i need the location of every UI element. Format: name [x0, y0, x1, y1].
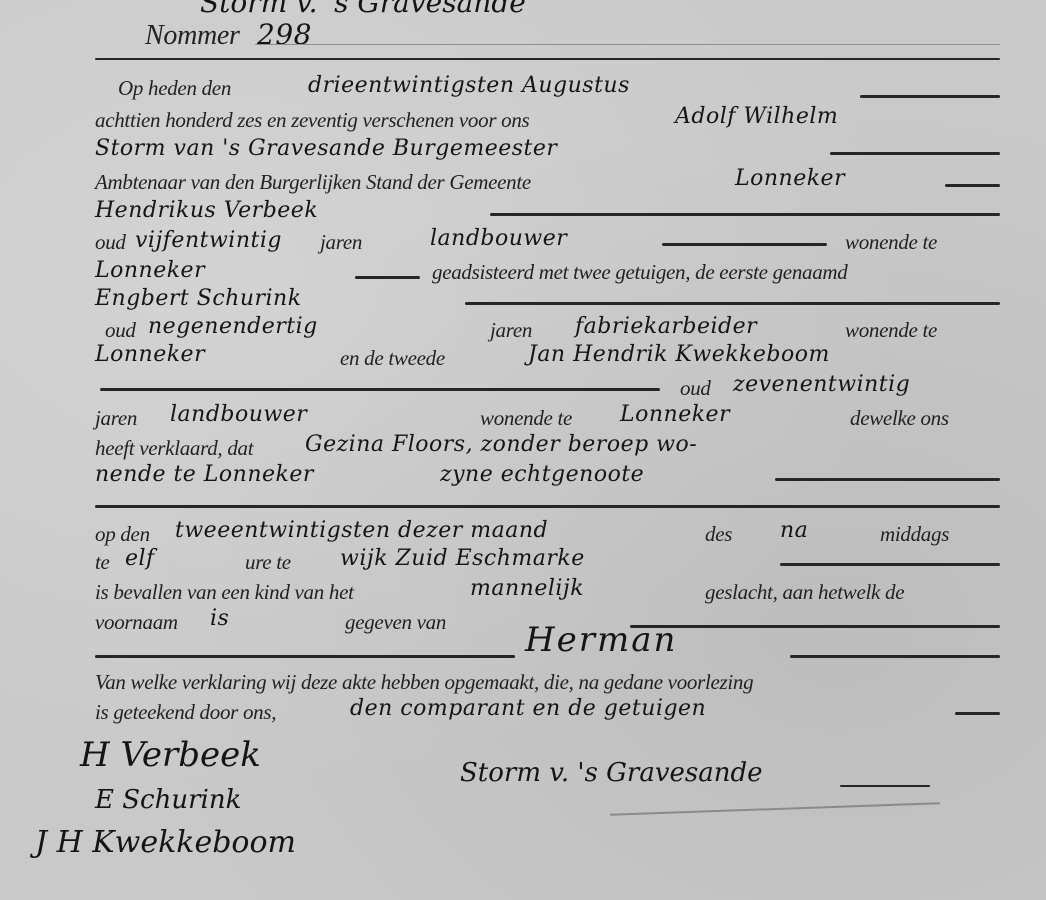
signing-parties: den comparant en de getuigen: [350, 696, 706, 721]
child-sex: mannelijk: [470, 576, 584, 601]
printed-text: wonende te: [480, 406, 572, 431]
record-label: Nommer: [145, 20, 240, 52]
filler-line: [490, 213, 1000, 216]
mother-residence: nende te Lonneker: [95, 462, 314, 487]
record-number: 298: [257, 18, 312, 51]
time-of-day: na: [780, 518, 808, 543]
handwritten-date: drieentwintigsten Augustus: [308, 73, 630, 98]
filler-line: [100, 388, 660, 391]
witness-1-residence: Lonneker: [95, 342, 205, 367]
printed-text: Van welke verklaring wij deze akte hebbe…: [95, 670, 753, 695]
witness-1-age: negenendertig: [148, 314, 318, 339]
filler-line: [780, 563, 1000, 566]
printed-text: oud: [680, 376, 711, 401]
declarant-occupation: landbouwer: [430, 226, 567, 251]
printed-text: ure te: [245, 550, 291, 575]
declarant-residence: Lonneker: [95, 258, 205, 283]
printed-text: gegeven van: [345, 610, 446, 635]
declarant-age: vijfentwintig: [135, 228, 282, 253]
witness-2-signature: J H Kwekkeboom: [35, 825, 296, 860]
filler-line: [790, 655, 1000, 658]
filler-line: [95, 655, 515, 658]
printed-text: is bevallen van een kind van het: [95, 580, 354, 605]
printed-text: jaren: [95, 406, 137, 431]
printed-text: voornaam: [95, 610, 178, 635]
filler-line: [465, 302, 1000, 305]
relationship: zyne echtgenoote: [440, 462, 644, 487]
printed-text: geslacht, aan hetwelk de: [705, 580, 904, 605]
witness-2-occupation: landbouwer: [170, 402, 307, 427]
witness-2-residence: Lonneker: [620, 402, 730, 427]
printed-text: heeft verklaard, dat: [95, 436, 253, 461]
birth-hour: elf: [125, 546, 155, 571]
flourish: [610, 802, 940, 816]
witness-2-age: zevenentwintig: [733, 372, 910, 397]
flourish: [840, 785, 930, 787]
witness-1-signature: E Schurink: [95, 785, 241, 815]
filler-line: [860, 95, 1000, 98]
printed-text: middags: [880, 522, 949, 547]
rule: [255, 44, 1000, 45]
printed-text: en de tweede: [340, 346, 445, 371]
child-given-name: Herman: [525, 620, 677, 660]
filler-line: [95, 505, 1000, 508]
printed-text: is geteekend door ons,: [95, 700, 276, 725]
declarant-signature: H Verbeek: [80, 735, 261, 775]
filler-line: [830, 152, 1000, 155]
printed-text: wonende te: [845, 318, 937, 343]
declarant-name: Hendrikus Verbeek: [95, 198, 318, 223]
printed-text: achttien honderd zes en zeventig versche…: [95, 108, 529, 133]
printed-text: wonende te: [845, 230, 937, 255]
printed-text: op den: [95, 522, 150, 547]
filler-line: [662, 243, 827, 246]
filler-line: [955, 712, 1000, 715]
filler-line: [775, 478, 1000, 481]
official-first-names: Adolf Wilhelm: [675, 104, 838, 129]
top-signature: Storm v. 's Gravesande: [200, 0, 526, 19]
printed-text: Op heden den: [118, 76, 231, 101]
witness-2-name: Jan Hendrik Kwekkeboom: [528, 342, 830, 367]
header-rule: [95, 58, 1000, 60]
birth-place: wijk Zuid Eschmarke: [340, 546, 585, 571]
filler-line: [355, 276, 420, 279]
printed-text: jaren: [490, 318, 532, 343]
official-surname-title: Storm van 's Gravesande Burgemeester: [95, 136, 557, 161]
filler-line: [945, 184, 1000, 187]
official-signature: Storm v. 's Gravesande: [460, 758, 763, 788]
municipality: Lonneker: [735, 166, 845, 191]
filler-line: [630, 625, 1000, 628]
witness-1-name: Engbert Schurink: [95, 286, 302, 311]
printed-text: des: [705, 522, 732, 547]
printed-text: oud: [105, 318, 136, 343]
printed-text: jaren: [320, 230, 362, 255]
civil-birth-record: Storm v. 's Gravesande Nommer 298 Op hed…: [0, 0, 1046, 900]
printed-text: te: [95, 550, 110, 575]
printed-text: dewelke ons: [850, 406, 949, 431]
printed-text: oud: [95, 230, 126, 255]
printed-text: is: [210, 606, 229, 631]
printed-text: geadsisteerd met twee getuigen, de eerst…: [432, 260, 847, 285]
printed-text: Ambtenaar van den Burgerlijken Stand der…: [95, 170, 531, 195]
birth-date: tweeentwintigsten dezer maand: [175, 518, 548, 543]
mother-name: Gezina Floors, zonder beroep wo-: [305, 432, 697, 457]
witness-1-occupation: fabriekarbeider: [575, 314, 757, 339]
